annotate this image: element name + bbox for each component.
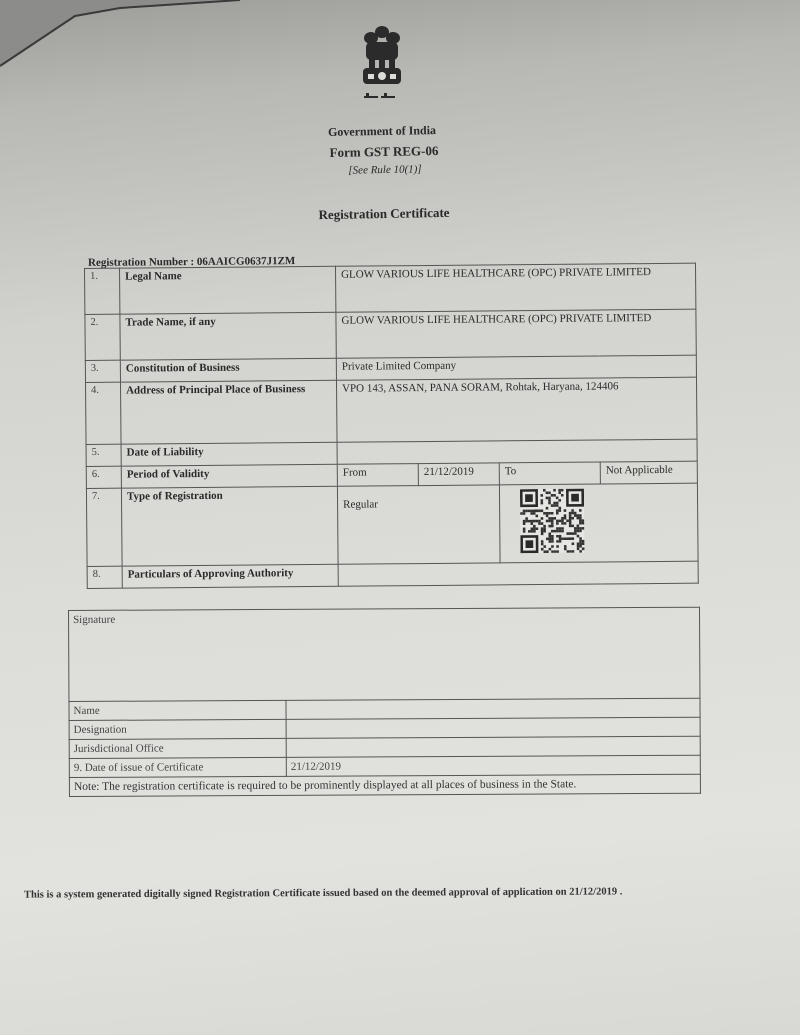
row-number: 2.	[85, 314, 120, 360]
name-value	[286, 698, 700, 719]
row-label: Date of Liability	[121, 442, 337, 466]
validity-from-label: From	[337, 464, 418, 487]
row-number: 6.	[86, 466, 121, 488]
date-of-liability-value	[337, 439, 697, 464]
row-label: Type of Registration	[121, 486, 338, 566]
row-label: Period of Validity	[121, 464, 337, 488]
designation-label: Designation	[69, 719, 286, 739]
form-title: Form GST REG-06	[329, 143, 438, 161]
row-number: 8.	[87, 566, 122, 588]
issue-date-value: 21/12/2019	[286, 755, 700, 776]
table-row: 2. Trade Name, if any GLOW VARIOUS LIFE …	[85, 309, 696, 360]
jurisdiction-value	[286, 736, 700, 757]
table-row: Signature	[69, 607, 700, 701]
row-label: Legal Name	[120, 266, 336, 314]
trade-name-value: GLOW VARIOUS LIFE HEALTHCARE (OPC) PRIVA…	[336, 309, 696, 358]
table-row: 1. Legal Name GLOW VARIOUS LIFE HEALTHCA…	[85, 263, 696, 314]
qr-code-icon	[520, 489, 585, 554]
display-note: Note: The registration certificate is re…	[69, 774, 700, 796]
row-number: 3.	[85, 360, 120, 382]
address-value: VPO 143, ASSAN, PANA SORAM, Rohtak, Hary…	[336, 377, 697, 442]
qr-cell	[499, 483, 698, 563]
validity-to-label: To	[499, 462, 600, 485]
table-row: 8. Particulars of Approving Authority	[87, 561, 698, 588]
row-number: 1.	[85, 268, 120, 314]
row-label: Trade Name, if any	[120, 312, 336, 360]
row-number: 7.	[86, 488, 122, 566]
approving-authority-value	[338, 561, 698, 586]
name-label: Name	[69, 700, 286, 720]
row-number: 5.	[86, 444, 121, 466]
issue-date-label: 9. Date of issue of Certificate	[69, 757, 286, 777]
row-label: Particulars of Approving Authority	[122, 564, 338, 588]
jurisdiction-label: Jurisdictional Office	[69, 738, 286, 758]
constitution-value: Private Limited Company	[336, 355, 696, 380]
row-number: 4.	[85, 382, 121, 444]
authority-table: Signature Name Designation Jurisdictiona…	[68, 607, 701, 797]
certificate-title: Registration Certificate	[318, 205, 449, 223]
row-label: Address of Principal Place of Business	[120, 380, 337, 444]
validity-to-value: Not Applicable	[600, 461, 697, 484]
registration-type-value: Regular	[337, 485, 500, 564]
rule-reference: [See Rule 10(1)]	[348, 163, 422, 176]
table-row: 7. Type of Registration Regular	[86, 483, 698, 566]
government-heading: Government of India	[328, 123, 436, 140]
registration-details-table: 1. Legal Name GLOW VARIOUS LIFE HEALTHCA…	[84, 263, 699, 589]
designation-value	[286, 717, 700, 738]
table-row: Note: The registration certificate is re…	[69, 774, 700, 796]
row-label: Constitution of Business	[120, 358, 336, 382]
validity-from-value: 21/12/2019	[418, 463, 499, 486]
national-emblem-icon	[358, 24, 406, 106]
legal-name-value: GLOW VARIOUS LIFE HEALTHCARE (OPC) PRIVA…	[335, 263, 695, 312]
signature-field: Signature	[69, 607, 700, 701]
table-row: 4. Address of Principal Place of Busines…	[85, 377, 697, 444]
